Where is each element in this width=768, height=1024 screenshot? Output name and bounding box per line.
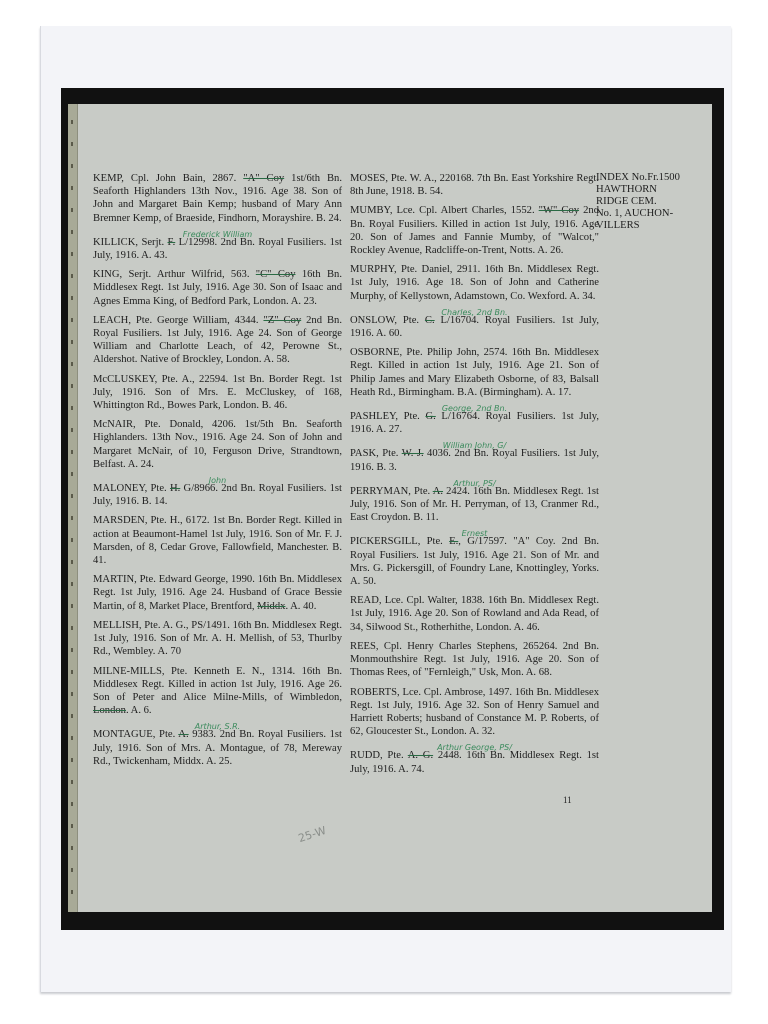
stitch-mark <box>71 296 73 300</box>
surname: LEACH <box>93 315 128 326</box>
stitch-mark <box>71 692 73 696</box>
casualty-entry: KING, Serjt. Arthur Wilfrid, 563. "C" Co… <box>93 268 342 308</box>
casualty-entry: LEACH, Pte. George William, 4344. "Z" Co… <box>93 314 342 367</box>
casualty-entry: MARSDEN, Pte. H., 6172. 1st Bn. Border R… <box>93 514 342 567</box>
index-line: HAWTHORN <box>596 184 706 196</box>
struck-text: G. <box>425 411 435 422</box>
entry-text: , Cpl. John Bain, 2867. <box>121 173 243 184</box>
index-line: RIDGE CEM. <box>596 196 706 208</box>
cemetery-index-heading: INDEX No.Fr.1500HAWTHORNRIDGE CEM.No. 1,… <box>596 172 706 232</box>
stitch-mark <box>71 846 73 850</box>
surname: MELLISH <box>93 620 139 631</box>
casualty-entry: ErnestPICKERSGILL, Pte. E., G/17597. "A"… <box>350 530 599 588</box>
stitch-mark <box>71 648 73 652</box>
stitch-mark <box>71 230 73 234</box>
surname: MALONEY <box>93 483 145 494</box>
casualty-entry: MOSES, Pte. W. A., 220168. 7th Bn. East … <box>350 172 599 198</box>
entry-text: , Lce. Cpl. Albert Charles, 1552. <box>390 205 539 216</box>
struck-text: A. <box>433 486 443 497</box>
surname: RUDD <box>350 750 380 761</box>
stitch-mark <box>71 406 73 410</box>
surname: MURPHY <box>350 264 394 275</box>
entry-text: , Serjt. Arthur Wilfrid, 563. <box>119 269 255 280</box>
index-line: VILLERS <box>596 220 706 232</box>
entry-text: , Serjt. <box>135 237 167 248</box>
stitch-mark <box>71 626 73 630</box>
stitch-mark <box>71 516 73 520</box>
stitch-mark <box>71 670 73 674</box>
index-line: INDEX No.Fr.1500 <box>596 172 706 184</box>
stitch-mark <box>71 208 73 212</box>
surname: ROBERTS <box>350 687 397 698</box>
stitch-mark <box>71 186 73 190</box>
stitch-mark <box>71 824 73 828</box>
casualty-entry: Arthur George, PS/RUDD, Pte. A. G. 2448.… <box>350 744 599 775</box>
casualty-entry: MILNE-MILLS, Pte. Kenneth E. N., 1314. 1… <box>93 665 342 718</box>
entry-text-rest: . A. 40. <box>285 601 316 612</box>
casualty-entry: OSBORNE, Pte. Philip John, 2574. 16th Bn… <box>350 346 599 399</box>
surname: MARSDEN <box>93 515 145 526</box>
struck-text: "Z" Coy <box>263 315 301 326</box>
surname: OSBORNE <box>350 347 399 358</box>
stitch-mark <box>71 780 73 784</box>
stitch-mark <box>71 120 73 124</box>
stitch-mark <box>71 472 73 476</box>
casualty-entry: MELLISH, Pte. A. G., PS/1491. 16th Bn. M… <box>93 619 342 659</box>
stitch-mark <box>71 274 73 278</box>
surname: McCLUSKEY <box>93 374 155 385</box>
casualty-entry: READ, Lce. Cpl. Walter, 1838. 16th Bn. M… <box>350 594 599 634</box>
stitch-mark <box>71 758 73 762</box>
surname: ONSLOW <box>350 315 394 326</box>
casualty-entry: ROBERTS, Lce. Cpl. Ambrose, 1497. 16th B… <box>350 686 599 739</box>
entry-text: , Lce. Cpl. Walter, 1838. 16th Bn. Middl… <box>350 595 599 632</box>
stitch-mark <box>71 384 73 388</box>
entry-text: , Pte. <box>145 483 170 494</box>
casualty-entry: Arthur, S.R.MONTAGUE, Pte. A. 9383. 2nd … <box>93 723 342 768</box>
entry-text: , Pte. <box>408 486 432 497</box>
surname: McNAIR <box>93 419 133 430</box>
stitch-mark <box>71 142 73 146</box>
entry-text: , Pte. W. A., 220168. 7th Bn. East Yorks… <box>350 173 599 197</box>
surname: REES <box>350 641 376 652</box>
casualty-entry: MARTIN, Pte. Edward George, 1990. 16th B… <box>93 573 342 613</box>
casualty-entry: REES, Cpl. Henry Charles Stephens, 26526… <box>350 640 599 680</box>
column-left: KEMP, Cpl. John Bain, 2867. "A" Coy 1st/… <box>93 172 342 774</box>
struck-text: "W" Coy <box>539 205 579 216</box>
stitch-mark <box>71 714 73 718</box>
struck-text: "A" Coy <box>243 173 284 184</box>
struck-text: London <box>93 705 126 716</box>
page-number: 11 <box>563 795 572 805</box>
stitch-mark <box>71 890 73 894</box>
stitch-mark <box>71 450 73 454</box>
surname: MARTIN <box>93 574 134 585</box>
surname: MUMBY <box>350 205 390 216</box>
surname: KING <box>93 269 119 280</box>
stitch-mark <box>71 494 73 498</box>
struck-text: C. <box>425 315 435 326</box>
surname: MILNE-MILLS <box>93 666 162 677</box>
entry-text: , Pte. George William, 4344. <box>128 315 263 326</box>
stitch-mark <box>71 736 73 740</box>
stitch-mark <box>71 802 73 806</box>
stitch-mark <box>71 560 73 564</box>
casualty-entry: MUMBY, Lce. Cpl. Albert Charles, 1552. "… <box>350 204 599 257</box>
casualty-entry: Charles, 2nd Bn.ONSLOW, Pte. C. L/16704.… <box>350 309 599 340</box>
casualty-entry: JohnMALONEY, Pte. H. G/8966. 2nd Bn. Roy… <box>93 477 342 508</box>
struck-text: "C" Coy <box>256 269 296 280</box>
stitch-mark <box>71 318 73 322</box>
surname: MOSES <box>350 173 385 184</box>
casualty-entry: MURPHY, Pte. Daniel, 2911. 16th Bn. Midd… <box>350 263 599 303</box>
casualty-entry: Arthur, PS/PERRYMAN, Pte. A. 2424. 16th … <box>350 480 599 525</box>
casualty-entry: McNAIR, Pte. Donald, 4206. 1st/5th Bn. S… <box>93 418 342 471</box>
entry-text: , Pte. <box>394 315 425 326</box>
stitch-mark <box>71 582 73 586</box>
struck-text: Middx <box>257 601 285 612</box>
stitch-mark <box>71 538 73 542</box>
surname: PASHLEY <box>350 411 395 422</box>
casualty-entry: McCLUSKEY, Pte. A., 22594. 1st Bn. Borde… <box>93 373 342 413</box>
stitch-mark <box>71 868 73 872</box>
entry-text: , Pte. <box>153 729 179 740</box>
index-line: No. 1, AUCHON- <box>596 208 706 220</box>
entry-text: , Pte. <box>418 536 449 547</box>
casualty-entry: George, 2nd Bn.PASHLEY, Pte. G. L/16764.… <box>350 405 599 436</box>
struck-text: W. J. <box>402 448 424 459</box>
surname: PERRYMAN <box>350 486 408 497</box>
stitch-mark <box>71 362 73 366</box>
surname: PICKERSGILL <box>350 536 418 547</box>
struck-text: H. <box>170 483 180 494</box>
stitch-mark <box>71 428 73 432</box>
casualty-entry: William John, G/PASK, Pte. W. J. 4036. 2… <box>350 442 599 473</box>
entry-text: , Pte. <box>395 411 425 422</box>
struck-text: E. <box>449 536 458 547</box>
casualty-entry: Frederick WilliamKILLICK, Serjt. F. L/12… <box>93 231 342 262</box>
surname: PASK <box>350 448 376 459</box>
surname: KILLICK <box>93 237 135 248</box>
surname: READ <box>350 595 379 606</box>
entry-text: , Cpl. Henry Charles Stephens, 265264. 2… <box>350 641 599 678</box>
entry-text: , Pte. <box>380 750 408 761</box>
casualty-entry: KEMP, Cpl. John Bain, 2867. "A" Coy 1st/… <box>93 172 342 225</box>
surname: MONTAGUE <box>93 729 153 740</box>
struck-text: A. G. <box>408 750 433 761</box>
stitch-mark <box>71 164 73 168</box>
stitch-mark <box>71 604 73 608</box>
stitch-mark <box>71 252 73 256</box>
column-middle: MOSES, Pte. W. A., 220168. 7th Bn. East … <box>350 172 599 782</box>
page-binding <box>68 104 78 912</box>
entry-text: , Pte. <box>376 448 402 459</box>
entry-text-rest: . A. 6. <box>126 705 152 716</box>
stitch-mark <box>71 340 73 344</box>
struck-text: A. <box>178 729 188 740</box>
surname: KEMP <box>93 173 121 184</box>
